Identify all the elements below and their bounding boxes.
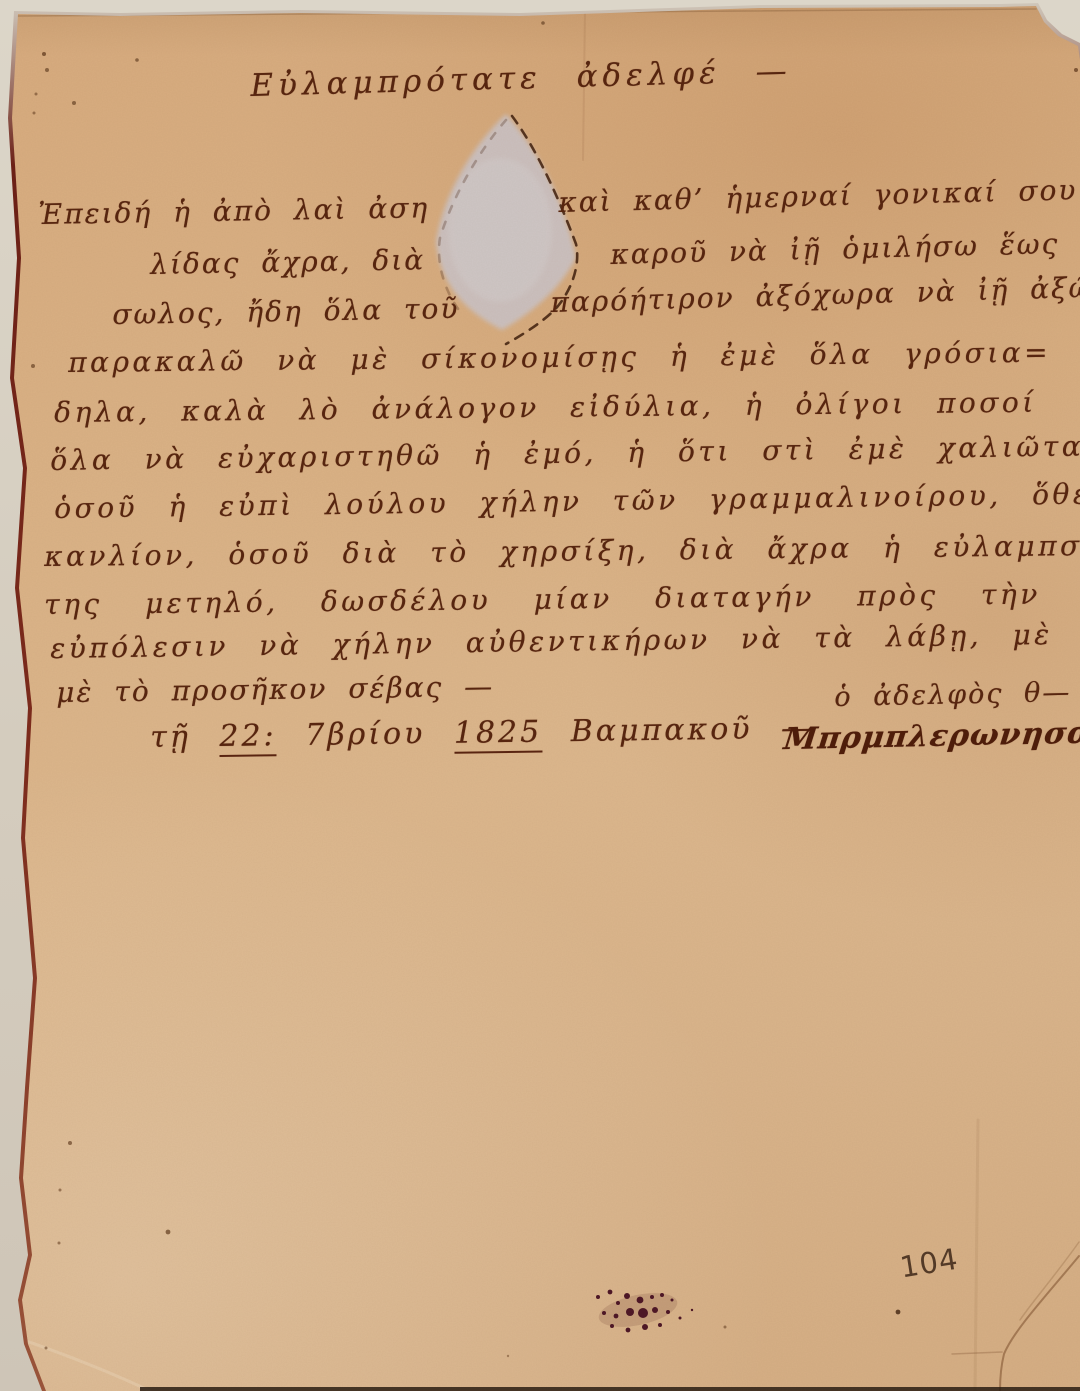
body-line-3a: σωλος, ἤδη ὅλα τοῦ [112, 292, 460, 331]
body-line-9: της μετηλό, δωσδέλου μίαν διαταγήν πρὸς … [44, 578, 1041, 621]
body-line-10: εὐπόλεσιν νὰ χήλην αὐθεντικήρων νὰ τὰ λά… [50, 617, 1080, 665]
closing-line: ὁ ἀδελφὸς θ— [834, 677, 1072, 713]
body-line-5: δηλα, καλὰ λὸ ἀνάλογον εἰδύλια, ἡ ὀλίγοι… [54, 386, 1037, 429]
body-line-8: κανλίον, ὁσοῦ διὰ τὸ χηρσίξη, διὰ ἄχρα ἡ… [44, 529, 1080, 573]
date-year: 1825 [454, 715, 543, 754]
ink-splatter [596, 1287, 693, 1333]
body-line-6: ὅλα νὰ εὐχαριστηθῶ ἡ ἐμό, ἡ ὅτι στὶ ἐμὲ … [50, 430, 1080, 477]
date-month: 7βρίου [305, 716, 426, 753]
scanned-manuscript: Εὐλαμπρότατε ἀδελφέ — Ἐπειδή ἡ ἀπὸ λαὶ ἀ… [0, 0, 1080, 1391]
body-line-2b: καροῦ νὰ ἰῇ ὁμιλήσω ἕως ὅ [610, 226, 1080, 271]
date-place: Βαμπακοῦ — [571, 711, 815, 749]
signature: Μπρμπλερωνησαρφδης— [782, 713, 1080, 758]
date-day: 22: [219, 718, 277, 757]
page-number: 104 [898, 1242, 961, 1285]
date-line: τῇ 22: 7βρίου 1825 Βαμπακοῦ — [150, 711, 814, 755]
body-line-4: παρακαλῶ νὰ μὲ σίκονομίσῃς ἡ ἐμὲ ὅλα γρό… [68, 336, 1051, 379]
bottom-edge-shadow [140, 1387, 1080, 1391]
body-line-3b: παρόήτιρον ἀξόχωρα νὰ ἰῇ ἀξῶ [550, 271, 1080, 319]
body-line-1a: Ἐπειδή ἡ ἀπὸ λαὶ ἀση [38, 191, 429, 231]
date-prefix: τῇ [150, 719, 191, 755]
body-line-1b: καὶ καθ’ ἡμερναί γονικαί σου [558, 173, 1078, 219]
body-line-7: ὁσοῦ ἡ εὐπὶ λούλου χήλην τῶν γραμμαλινοί… [54, 477, 1080, 525]
salutation-line: Εὐλαμπρότατε ἀδελφέ — [250, 53, 792, 104]
manuscript-page: Εὐλαμπρότατε ἀδελφέ — Ἐπειδή ἡ ἀπὸ λαὶ ἀ… [0, 0, 1080, 1391]
body-line-2a: λίδας ἄχρα, διὰ [150, 243, 425, 281]
body-line-11: μὲ τὸ προσῆκον σέβας — [56, 670, 494, 709]
